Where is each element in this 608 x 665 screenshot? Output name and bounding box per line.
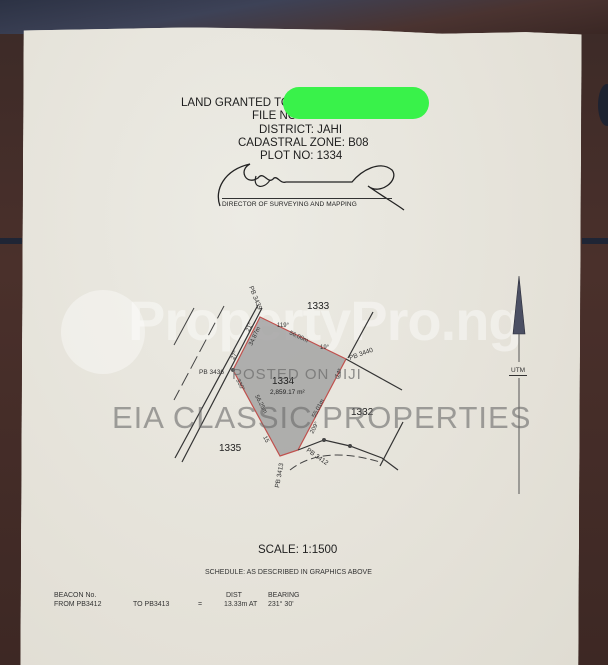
beacon-to: TO PB3413 bbox=[133, 601, 169, 608]
svg-text:PB 3412: PB 3412 bbox=[305, 447, 330, 467]
svg-text:2,859.17 m²: 2,859.17 m² bbox=[270, 389, 306, 396]
watermark-agency: EIA CLASSIC PROPERTIES bbox=[112, 400, 531, 436]
svg-text:PB 3436: PB 3436 bbox=[199, 369, 224, 376]
scale-label: SCALE: 1:1500 bbox=[258, 544, 337, 556]
svg-text:PB 3440: PB 3440 bbox=[348, 347, 374, 362]
dist-header: DIST bbox=[226, 592, 242, 599]
survey-plan-drawing: 1333 1332 1335 1334 2,859.17 m² PB 3439 … bbox=[0, 0, 608, 665]
svg-text:1333: 1333 bbox=[307, 301, 330, 312]
svg-text:15: 15 bbox=[261, 435, 270, 444]
beacon-header: BEACON No. bbox=[54, 592, 96, 599]
svg-text:19°: 19° bbox=[320, 345, 330, 351]
beacon-from: FROM PB3412 bbox=[54, 601, 101, 608]
svg-text:PB 3413: PB 3413 bbox=[274, 462, 285, 488]
beacon-distance: 13.33m AT bbox=[224, 601, 257, 608]
schedule-label: SCHEDULE: AS DESCRIBED IN GRAPHICS ABOVE bbox=[205, 569, 372, 576]
svg-text:1335: 1335 bbox=[219, 443, 242, 454]
svg-text:119°: 119° bbox=[277, 323, 290, 329]
north-arrow-label: UTM bbox=[509, 367, 527, 376]
svg-text:PB 3439: PB 3439 bbox=[247, 285, 263, 311]
beacon-bearing: 231° 30' bbox=[268, 601, 294, 608]
bearing-header: BEARING bbox=[268, 592, 300, 599]
beacon-equals: = bbox=[198, 601, 202, 608]
watermark-posted: POSTED ON JIJI bbox=[232, 366, 362, 383]
